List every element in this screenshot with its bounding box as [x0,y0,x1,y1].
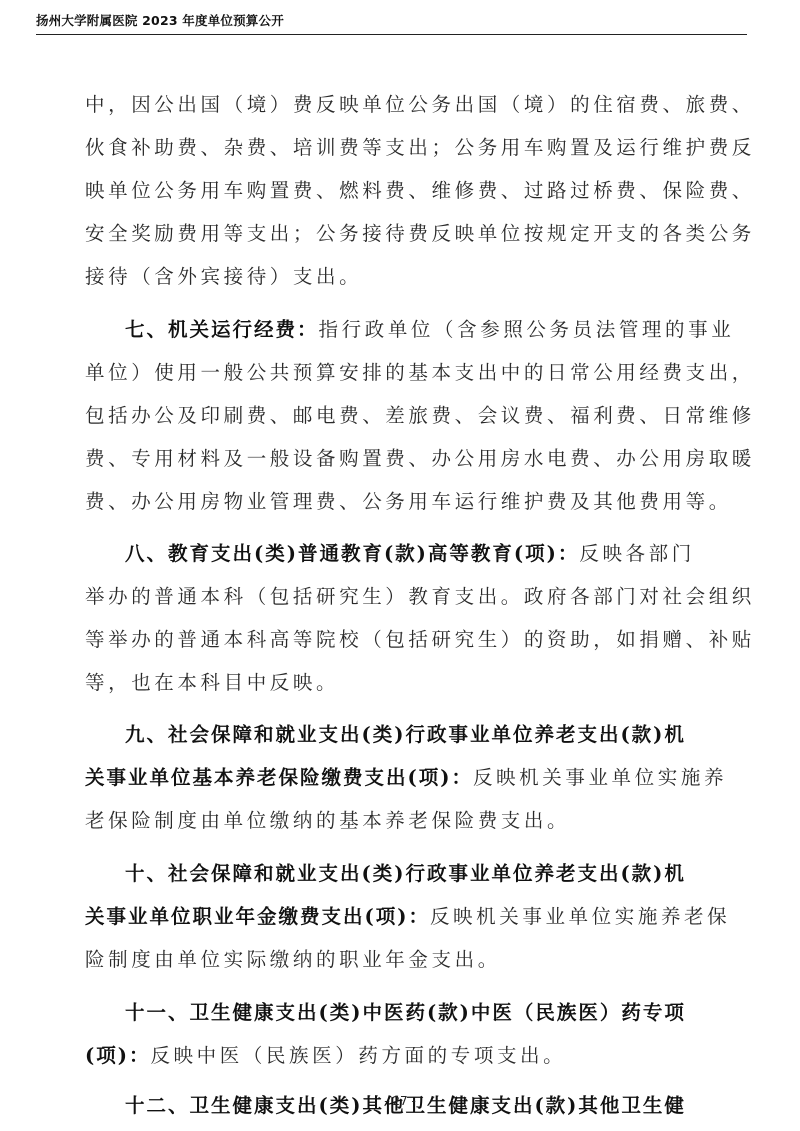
text-line: 等举办的普通本科高等院校（包括研究生）的资助，如捐赠、补贴 [85,620,755,660]
text-line: 等，也在本科目中反映。 [85,663,339,703]
section-7-heading: 七、机关运行经费： [125,318,319,341]
text-line: 映单位公务用车购置费、燃料费、维修费、过路过桥费、保险费、 [85,171,755,211]
text-line: 举办的普通本科（包括研究生）教育支出。政府各部门对社会组织 [85,577,755,617]
section-10-heading-line2: 关事业单位职业年金缴费支出(项)： [85,905,430,928]
section-9-text: 反映机关事业单位实施养 [473,766,727,789]
text-line: 费、办公用房物业管理费、公务用车运行维护费及其他费用等。 [85,482,732,522]
section-11-text: 反映中医（民族医）药方面的专项支出。 [150,1044,566,1067]
text-line: 包括办公及印刷费、邮电费、差旅费、会议费、福利费、日常维修 [85,396,755,436]
section-11-second-line: (项)：反映中医（民族医）药方面的专项支出。 [85,1036,566,1076]
section-9-heading-line1: 九、社会保障和就业支出(类)行政事业单位养老支出(款)机 [125,715,686,755]
text-line: 单位）使用一般公共预算安排的基本支出中的日常公用经费支出， [85,353,755,393]
text-line: 老保险制度由单位缴纳的基本养老保险费支出。 [85,801,570,841]
page-header: 扬州大学附属医院 2023 年度单位预算公开 [36,10,747,35]
text-line: 险制度由单位实际缴纳的职业年金支出。 [85,940,501,980]
section-7-text: 指行政单位（含参照公务员法管理的事业 [319,318,735,341]
section-8-heading: 八、教育支出(类)普通教育(款)高等教育(项)： [125,542,579,565]
section-8-text: 反映各部门 [579,542,695,565]
section-10-second-line: 关事业单位职业年金缴费支出(项)：反映机关事业单位实施养老保 [85,897,730,937]
section-11-heading-line1: 十一、卫生健康支出(类)中医药(款)中医（民族医）药专项 [125,993,686,1033]
section-9-heading-line2: 关事业单位基本养老保险缴费支出(项)： [85,766,473,789]
text-line: 接待（含外宾接待）支出。 [85,257,362,297]
section-11-heading-line2: (项)： [85,1044,150,1067]
page-number: - 27 - [0,1094,800,1108]
text-line: 伙食补助费、杂费、培训费等支出；公务用车购置及运行维护费反 [85,128,755,168]
section-10-heading-line1: 十、社会保障和就业支出(类)行政事业单位养老支出(款)机 [125,854,686,894]
section-7-first-line: 七、机关运行经费：指行政单位（含参照公务员法管理的事业 [125,310,734,350]
text-line: 中，因公出国（境）费反映单位公务出国（境）的住宿费、旅费、 [85,85,755,125]
section-8-first-line: 八、教育支出(类)普通教育(款)高等教育(项)：反映各部门 [125,534,695,574]
text-line: 安全奖励费用等支出；公务接待费反映单位按规定开支的各类公务 [85,214,755,254]
text-line: 费、专用材料及一般设备购置费、办公用房水电费、办公用房取暖 [85,439,755,479]
section-10-text: 反映机关事业单位实施养老保 [430,905,730,928]
header-title: 扬州大学附属医院 2023 年度单位预算公开 [36,11,284,29]
section-9-second-line: 关事业单位基本养老保险缴费支出(项)：反映机关事业单位实施养 [85,758,727,798]
